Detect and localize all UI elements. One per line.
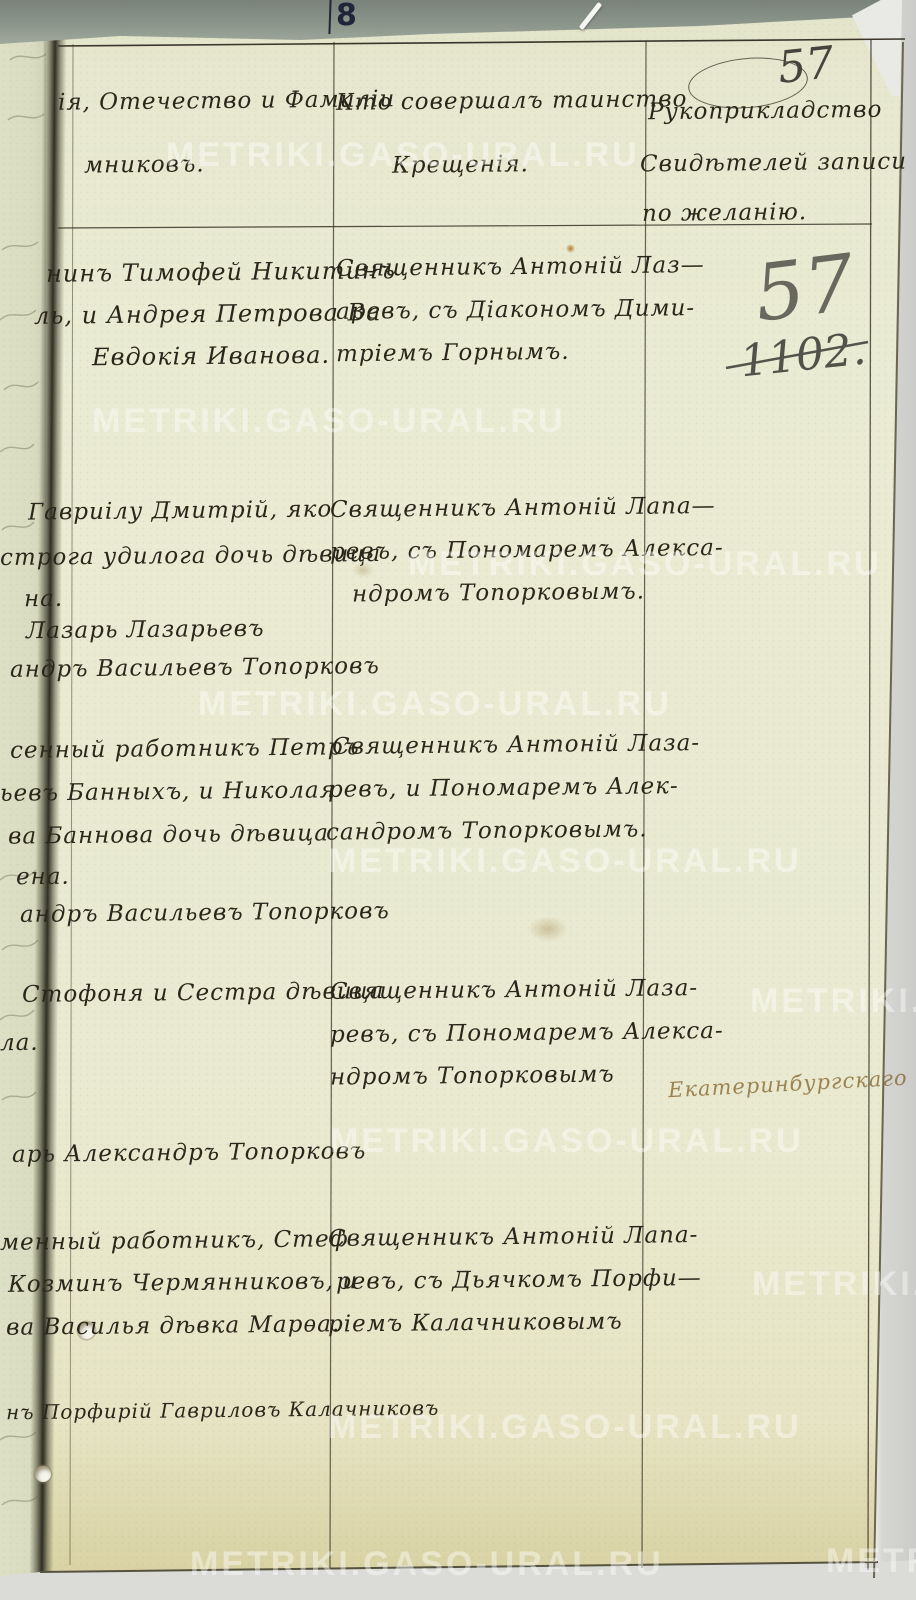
entry-names-line: Евдокія Иванова. [92, 341, 330, 371]
entry-names-line: Лазарь Лазарьевъ [26, 616, 265, 644]
header-signatures-line3: по желанію. [642, 199, 807, 227]
entry-names-line: арь Александръ Топорковъ [12, 1138, 366, 1168]
header-performed-line1: Кто совершалъ таинство [336, 86, 688, 116]
entry-names-line: Козминъ Чермянниковъ, и [8, 1268, 358, 1298]
entry-names-line: ва Баннова дочь дѣвица [8, 820, 329, 849]
entry-names-line: ьевъ Банныхъ, и Николая [0, 777, 336, 807]
ink-spot [566, 244, 575, 253]
entry-names-line: менный работникъ, Стеф [0, 1226, 349, 1256]
entry-performed-line: ревъ, и Пономаремъ Алек- [328, 773, 679, 803]
header-signatures-line1: Рукоприкладство [648, 97, 883, 125]
site-watermark: METRIKI.GASO-URAL.RU [750, 982, 916, 1021]
folio-number: 57 [775, 37, 836, 94]
site-watermark: METRIKI.GASO-URAL.RU [190, 1545, 664, 1584]
site-watermark: METRIKI.GASO-URAL.RU [408, 545, 882, 584]
entry-performed-line: Священникъ Антоній Лаза- [330, 975, 698, 1005]
entry-names-line: андръ Васильевъ Топорковъ [20, 898, 390, 928]
site-watermark: METRIKI.GASO-URAL.RU [92, 402, 566, 441]
site-watermark: METRIKI.GASO-URAL.RU [328, 1408, 802, 1447]
entry-performed-line: Священникъ Антоній Лапа— [330, 493, 716, 523]
entry-names-line: строга удилога дочь дѣвица [0, 541, 381, 571]
header-signatures-line2: Свидѣтелей записи [640, 149, 907, 178]
entry-performed-line: ревъ, съ Дьячкомъ Порфи— [336, 1265, 702, 1295]
entry-names-line: ль, и Андрея Петрова Ва [34, 298, 382, 330]
entry-performed-line: Священникъ Антоній Лаз— [336, 252, 705, 282]
site-watermark: METRIKI.GASO-URAL.RU [198, 685, 672, 724]
site-watermark: METRIKI.GASO-URAL.RU [826, 1542, 916, 1581]
entry-names-line: на. [24, 586, 63, 612]
entry-names-line: ена. [16, 864, 70, 891]
pencil-record-number: 57 [750, 238, 859, 339]
entry-performed-line: ндромъ Топорковымъ [330, 1062, 615, 1091]
entry-names-line: ва Василья дѣвка Марѳа. [6, 1311, 340, 1340]
entry-performed-line: аревъ, съ Діакономъ Дими- [336, 295, 695, 325]
entry-performed-line: ріемъ Калачниковымъ [328, 1308, 623, 1337]
punch-hole [35, 1466, 51, 1482]
site-watermark: METRIKI.GASO-URAL.RU [328, 842, 802, 881]
entry-performed-line: Священникъ Антоній Лапа- [328, 1222, 699, 1252]
entry-names-line: сенный работникъ Петръ [10, 734, 360, 764]
site-watermark: METRIKI.GASO-URAL.RU [752, 1265, 916, 1304]
quire-number: 8 [336, 0, 357, 33]
entry-names-line: Гавриілу Дмитрій, яко [28, 496, 332, 525]
entry-names-line: ла. [0, 1030, 39, 1056]
paper-stain [528, 916, 568, 942]
entry-performed-line: тріемъ Горнымъ. [336, 339, 570, 367]
site-watermark: METRIKI.GASO-URAL.RU [166, 136, 640, 175]
site-watermark: METRIKI.GASO-URAL.RU [330, 1122, 804, 1161]
entry-performed-line: Священникъ Антоній Лаза- [332, 730, 700, 760]
entry-names-line: андръ Васильевъ Топорковъ [10, 653, 380, 683]
entry-performed-line: ревъ, съ Пономаремъ Алекса- [330, 1018, 724, 1048]
archival-document-scan: 8 ія, Отечество и Фамиліи мниковъ. Кто с… [0, 0, 916, 1600]
